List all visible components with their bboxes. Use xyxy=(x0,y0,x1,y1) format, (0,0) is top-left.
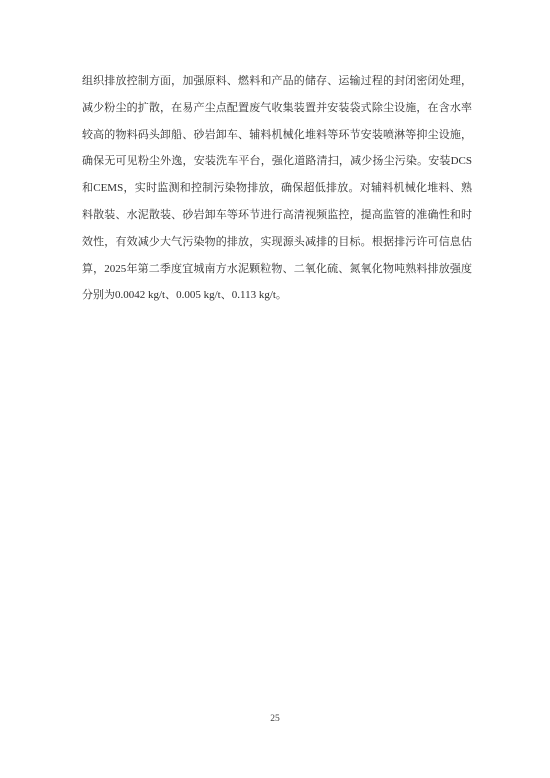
paragraph-emission-control: 组织排放控制方面，加强原料、燃料和产品的储存、运输过程的封闭密闭处理， 减少粉尘… xyxy=(82,68,472,309)
paragraph-line: 较高的物料码头卸船、砂岩卸车、辅料机械化堆料等环节安装喷淋等抑尘设施， xyxy=(82,122,472,149)
paragraph-line: 组织排放控制方面，加强原料、燃料和产品的储存、运输过程的封闭密闭处理， xyxy=(82,68,472,95)
paragraph-line: 确保无可见粉尘外逸，安装洗车平台，强化道路清扫，减少扬尘污染。安装DCS xyxy=(82,148,472,175)
paragraph-line: 减少粉尘的扩散，在易产尘点配置废气收集装置并安装袋式除尘设施，在含水率 xyxy=(82,95,472,122)
paragraph-line: 算，2025年第二季度宜城南方水泥颗粒物、二氧化硫、氮氧化物吨熟料排放强度 xyxy=(82,256,472,283)
paragraph-line: 效性，有效减少大气污染物的排放，实现源头减排的目标。根据排污许可信息估 xyxy=(82,229,472,256)
paragraph-line: 和CEMS，实时监测和控制污染物排放，确保超低排放。对辅料机械化堆料、熟 xyxy=(82,175,472,202)
page-number: 25 xyxy=(0,712,550,726)
document-page: 组织排放控制方面，加强原料、燃料和产品的储存、运输过程的封闭密闭处理， 减少粉尘… xyxy=(0,0,550,778)
paragraph-line: 分别为0.0042 kg/t、0.005 kg/t、0.113 kg/t。 xyxy=(82,282,472,309)
paragraph-line: 料散装、水泥散装、砂岩卸车等环节进行高清视频监控，提高监管的准确性和时 xyxy=(82,202,472,229)
